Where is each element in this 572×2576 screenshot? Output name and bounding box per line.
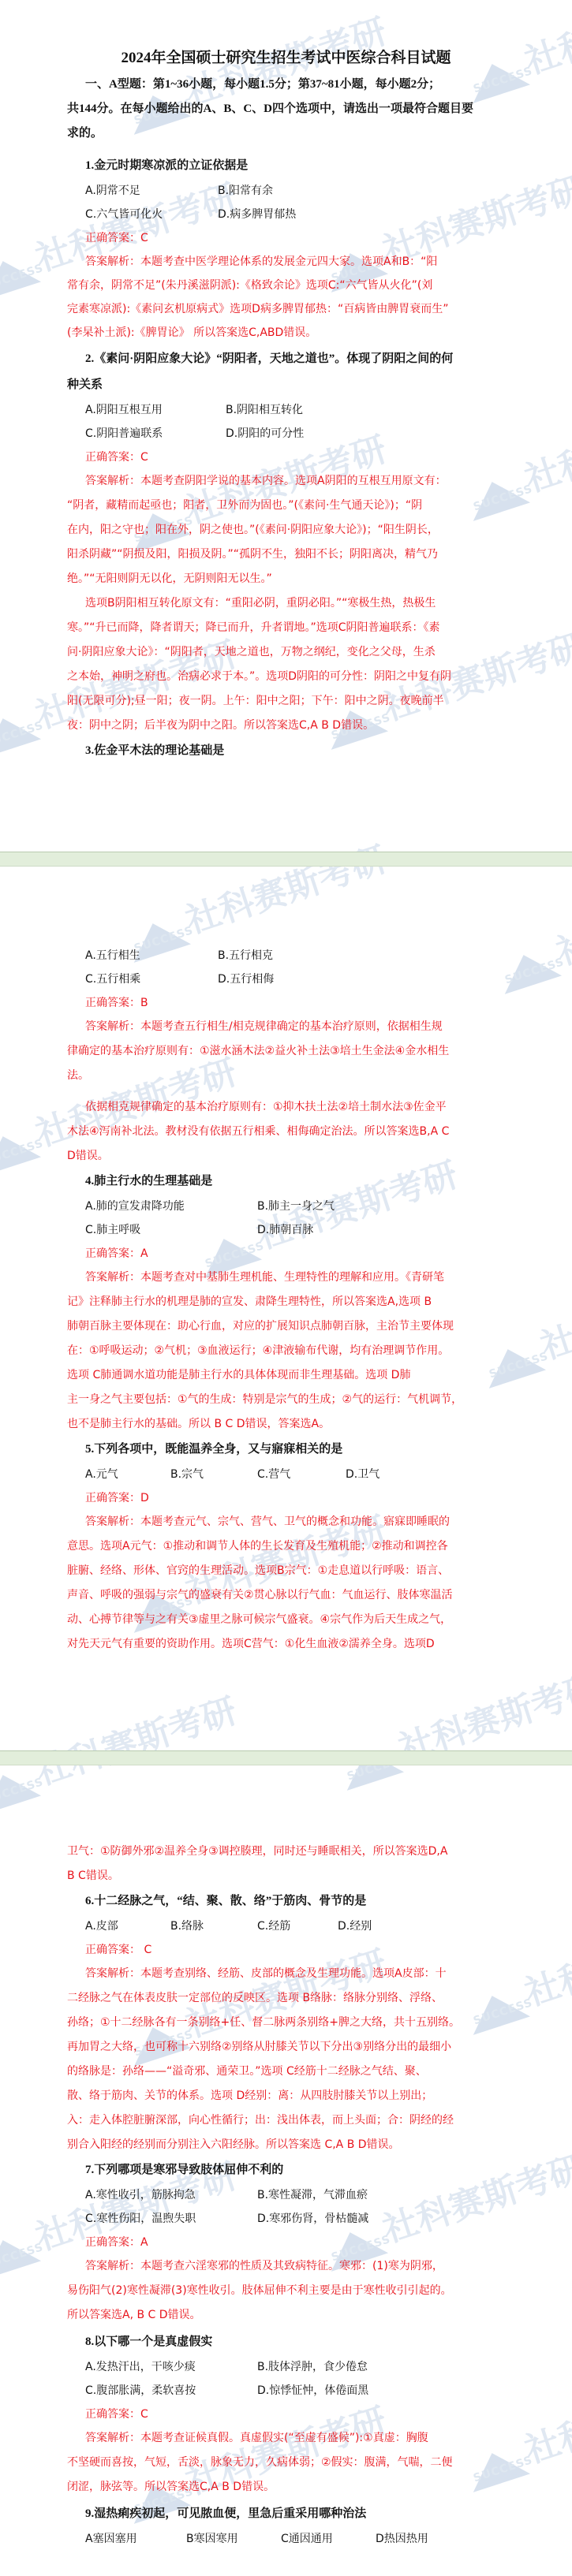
question-stem: 6.十二经脉之气，“结、聚、散、络”于筋肉、骨节的是 — [85, 1893, 535, 1909]
option-c: C.营气 — [257, 1467, 290, 1482]
option-d: D.惊悸怔忡，体倦面黑 — [257, 2383, 368, 2399]
intro-line: 一、A型题：第1~36小题，每小题1.5分；第37~81小题，每小题2分； — [85, 76, 535, 92]
option-b: B.阳常有余 — [218, 183, 273, 199]
correct-answer: 正确答案：A — [85, 2235, 535, 2250]
correct-answer: 正确答案：B — [85, 995, 535, 1011]
correct-answer: 正确答案：D — [85, 1490, 535, 1506]
option-c: C.肺主呼吸 — [85, 1222, 140, 1238]
correct-answer: 正确答案：C — [85, 2406, 535, 2422]
explanation-line: 主一身之气主要包括：①气的生成：特别是宗气的生成；②气的运行：气机调节， — [67, 1392, 517, 1407]
explanation-line: 的络脉是：孙络——“溢奇邪、通荣卫。”选项 C经筋十二经脉之气结、聚、 — [67, 2063, 517, 2079]
explanation-line: 阳杀阴藏”“阴损及阳，阳损及阴。”“孤阴不生，独阳不长；阴阳离决，精气乃 — [67, 546, 517, 562]
correct-answer: 正确答案：C — [85, 230, 535, 246]
explanation-line: 答案解析：本题考查中医学理论体系的发展金元四大家。选项A和B：“阳 — [85, 254, 535, 270]
correct-answer: 正确答案：A — [85, 1246, 535, 1262]
explanation-line: 所以答案选A, B C D错误。 — [67, 2307, 517, 2323]
option-a: A.肺的宣发肃降功能 — [85, 1199, 185, 1214]
option-a: A塞因塞用 — [85, 2531, 137, 2547]
explanation-line: 常有余，阴常不足”(朱丹溪滋阴派):《格致余论》选项C:“六气皆从火化”(刘 — [67, 278, 517, 293]
explanation-line: 法。 — [67, 1068, 517, 1083]
explanation-line: 不坚硬而喜按，气短，舌淡，脉象无力，久病体弱；②假实：腹满，气喘，二便 — [67, 2455, 517, 2470]
option-a: A.皮部 — [85, 1918, 118, 1934]
explanation-line: 完素寒凉派):《素问玄机原病式》选项D病多脾胃郁热：“百病皆由脾胃衰而生” — [67, 301, 517, 317]
option-a: A.寒性收引，筋脉拘急 — [85, 2187, 196, 2203]
document-page-2: A.五行相生 B.五行相克 C.五行相乘 D.五行相侮 正确答案：B 答案解析：… — [0, 866, 572, 1750]
explanation-line: (李杲补土派):《脾胃论》 所以答案选C,ABD错误。 — [67, 325, 517, 341]
explanation-line: 动、心搏节律等与之有关③虚里之脉可候宗气盛衰。④宗气作为后天生成之气， — [67, 1612, 517, 1627]
page-break-band — [0, 852, 572, 867]
question-stem: 4.肺主行水的生理基础是 — [85, 1173, 535, 1189]
explanation-line: 之本始，神明之府也。治病必求于本。”。选项D阴阳的可分性：阴阳之中复有阴 — [67, 669, 517, 684]
explanation-line: 答案解析：本题考查六淫寒邪的性质及其致病特征。寒邪：(1)寒为阴邪， — [85, 2258, 535, 2274]
explanation-line: B C错误。 — [67, 1868, 517, 1884]
question-stem: 7.下列哪项是寒邪导致肢体屈伸不利的 — [85, 2162, 535, 2178]
option-c: C.腹部胀满，柔软喜按 — [85, 2383, 196, 2399]
option-c: C.经筋 — [257, 1918, 290, 1934]
explanation-line: 答案解析：本题考查证候真假。真虚假实(“至虚有盛候”):①真虚：胸腹 — [85, 2430, 535, 2446]
explanation-line: 对先天元气有重要的资助作用。选项C营气：①化生血液②濡养全身。选项D — [67, 1636, 517, 1652]
page-break-band — [0, 1750, 572, 1765]
explanation-line: 选项 C肺通调水道功能是肺主行水的具体体现而非生理基础。选项 D肺 — [67, 1367, 517, 1383]
question-stem: 8.以下哪一个是真虚假实 — [85, 2334, 535, 2350]
document-title: 2024年全国硕士研究生招生考试中医综合科目试题 — [0, 50, 572, 66]
option-b: B.络脉 — [170, 1918, 204, 1934]
option-a: A.五行相生 — [85, 948, 140, 964]
option-d: D.经别 — [338, 1918, 372, 1934]
explanation-line: 问·阴阳应象大论》：“阴阳者，天地之道也，万物之纲纪，变化之父母，生杀 — [67, 644, 517, 660]
document-page-3: 卫气：①防御外邪②温养全身③调控腠理，同时还与睡眠相关，所以答案选D,A B C… — [0, 1765, 572, 2576]
explanation-line: 也不是肺主行水的基础。所以 B C D错误，答案选A。 — [67, 1416, 517, 1432]
explanation-line: 寒。”“升已而降，降者谓天；降已而升，升者谓地。”选项C阴阳普遍联系：《素 — [67, 620, 517, 636]
explanation-line: 孙络；①十二经脉各有一条别络+任、督二脉两条别络+脾之大络，共十五别络。 — [67, 2015, 517, 2030]
question-stem: 种关系 — [67, 377, 517, 393]
explanation-line: D错误。 — [67, 1148, 517, 1164]
option-d: D.阴阳的可分性 — [226, 426, 304, 442]
explanation-line: 在内，阳之守也；阳在外，阴之使也。”(《素问·阴阳应象大论》)；“阳生阴长， — [67, 522, 517, 538]
explanation-line: 依据相克规律确定的基本治疗原则有：①抑木扶土法②培土制水法③佐金平 — [85, 1099, 535, 1115]
explanation-line: 别合入阳经的经别而分别注入六阳经脉。所以答案选 C,A B D错误。 — [67, 2137, 517, 2153]
option-b: B.寒性凝滞，气滞血瘀 — [257, 2187, 368, 2203]
option-b: B.阴阳相互转化 — [226, 402, 303, 418]
explanation-line: 夜：阴中之阴；后半夜为阴中之阳。所以答案选C,A B D错误。 — [67, 718, 517, 733]
explanation-line: 答案解析：本题考查别络、经筋、皮部的概念及生理功能。选项A皮部：十 — [85, 1966, 535, 1981]
option-b: B.宗气 — [170, 1467, 204, 1482]
explanation-line: 绝。”“无阳则阴无以化，无阴则阳无以生。” — [67, 571, 517, 587]
intro-line: 共144分。在每小题给出的A、B、C、D四个选项中，请选出一项最符合题目要 — [67, 101, 517, 117]
explanation-line: 二经脉之气在体表皮肤一定部位的反映区。选项 B络脉：络脉分别络、浮络、 — [67, 1990, 517, 2006]
explanation-line: 选项B阴阳相互转化原文有：“重阳必阴，重阴必阳。”“寒极生热，热极生 — [85, 595, 535, 611]
explanation-line: 闭涩，脉弦等。所以答案选C,A B D错误。 — [67, 2479, 517, 2495]
explanation-line: 答案解析：本题考查元气、宗气、营气、卫气的概念和功能。寤寐即睡眠的 — [85, 1514, 535, 1530]
explanation-line: 再加胃之大络，也可称十六别络②别络从肘膝关节以下分出③别络分出的最细小 — [67, 2039, 517, 2055]
explanation-line: 肺朝百脉主要体现在：助心行血，对应的扩展知识点肺朝百脉，主治节主要体现 — [67, 1318, 517, 1334]
explanation-line: 易伤阳气(2)寒性凝滞(3)寒性收引。肢体屈伸不利主要是由于寒性收引引起的。 — [67, 2283, 517, 2298]
explanation-line: 木法④泻南补北法。教材没有依据五行相乘、相侮确定治法。所以答案选B,A C — [67, 1124, 517, 1139]
question-stem: 3.佐金平木法的理论基础是 — [85, 743, 535, 759]
explanation-line: 在：①呼吸运动；②气机；③血液运行；④津液输布代谢，均有治理调节作用。 — [67, 1343, 517, 1359]
question-stem: 9.湿热痢疾初起，可见脓血便，里急后重采用哪种治法 — [85, 2506, 535, 2522]
explanation-line: 答案解析：本题考查对中基肺生理机能、生理特性的理解和应用。《青研笔 — [85, 1269, 535, 1285]
explanation-line: 卫气：①防御外邪②温养全身③调控腠理，同时还与睡眠相关，所以答案选D,A — [67, 1843, 517, 1859]
correct-answer: 正确答案：C — [85, 449, 535, 465]
question-stem: 2.《素问·阴阳应象大论》“阴阳者，天地之道也”。体现了阴阳之间的何 — [85, 351, 535, 367]
option-d: D热因热用 — [376, 2531, 428, 2547]
explanation-line: 声音、呼吸的强弱与宗气的盛衰有关②贯心脉以行气血：气血运行、肢体寒温活 — [67, 1587, 517, 1603]
option-d: D.五行相侮 — [218, 971, 274, 987]
option-b: B寒因寒用 — [186, 2531, 238, 2547]
option-c: C.阴阳普遍联系 — [85, 426, 163, 442]
option-a: A.元气 — [85, 1467, 118, 1482]
question-stem: 1.金元时期寒凉派的立证依据是 — [85, 158, 535, 173]
explanation-line: 记》注释肺主行水的机理是肺的宣发、肃降生理特性，所以答案选A,选项 B — [67, 1294, 517, 1310]
option-d: D.病多脾胃郁热 — [218, 207, 296, 222]
document-page-1: 2024年全国硕士研究生招生考试中医综合科目试题 一、A型题：第1~36小题，每… — [0, 0, 572, 852]
explanation-line: 答案解析：本题考查阴阳学说的基本内容。选项A阴阳的互根互用原文有： — [85, 473, 535, 489]
explanation-line: 答案解析：本题考查五行相生/相克规律确定的基本治疗原则，依据相生规 — [85, 1019, 535, 1035]
correct-answer: 正确答案： C — [85, 1942, 535, 1958]
option-b: B.肢体浮肿，食少倦怠 — [257, 2359, 368, 2375]
option-c: C通因通用 — [281, 2531, 333, 2547]
explanation-line: “阴者，藏精而起亟也；阳者，卫外而为固也。”(《素问·生气通天论》)；“阴 — [67, 498, 517, 513]
intro-line: 求的。 — [67, 125, 517, 141]
option-d: D.卫气 — [346, 1467, 379, 1482]
explanation-line: 入：走入体腔脏腑深部，向心性循行；出：浅出体表，而上头面；合：阴经的经 — [67, 2112, 517, 2128]
explanation-line: 散、络于筋肉、关节的体系。选项 D经别：离：从四肢肘膝关节以上别出； — [67, 2088, 517, 2104]
option-b: B.五行相克 — [218, 948, 273, 964]
option-c: C.五行相乘 — [85, 971, 140, 987]
option-d: D.肺朝百脉 — [257, 1222, 313, 1238]
explanation-line: 律确定的基本治疗原则有：①滋水涵木法②益火补土法③培土生金法④金水相生 — [67, 1043, 517, 1059]
explanation-line: 脏腑、经络、形体、官窍的生理活动。选项B宗气：①走息道以行呼吸：语言、 — [67, 1563, 517, 1579]
question-stem: 5.下列各项中，既能温养全身，又与寤寐相关的是 — [85, 1441, 535, 1457]
option-a: A.发热汗出，干咳少痰 — [85, 2359, 196, 2375]
option-d: D.寒邪伤肾，骨枯髓减 — [257, 2211, 368, 2227]
option-a: A.阴阳互根互用 — [85, 402, 163, 418]
explanation-line: 阳(无限可分);昼一阳；夜一阴。上午：阳中之阳；下午：阳中之阴。夜晚前半 — [67, 693, 517, 709]
option-c: C.寒性伤阳，温煦失职 — [85, 2211, 196, 2227]
option-a: A.阴常不足 — [85, 183, 140, 199]
option-b: B.肺主一身之气 — [257, 1199, 335, 1214]
explanation-line: 意思。选项A元气：①推动和调节人体的生长发育及生殖机能；②推动和调控各 — [67, 1538, 517, 1554]
option-c: C.六气皆可化火 — [85, 207, 163, 222]
